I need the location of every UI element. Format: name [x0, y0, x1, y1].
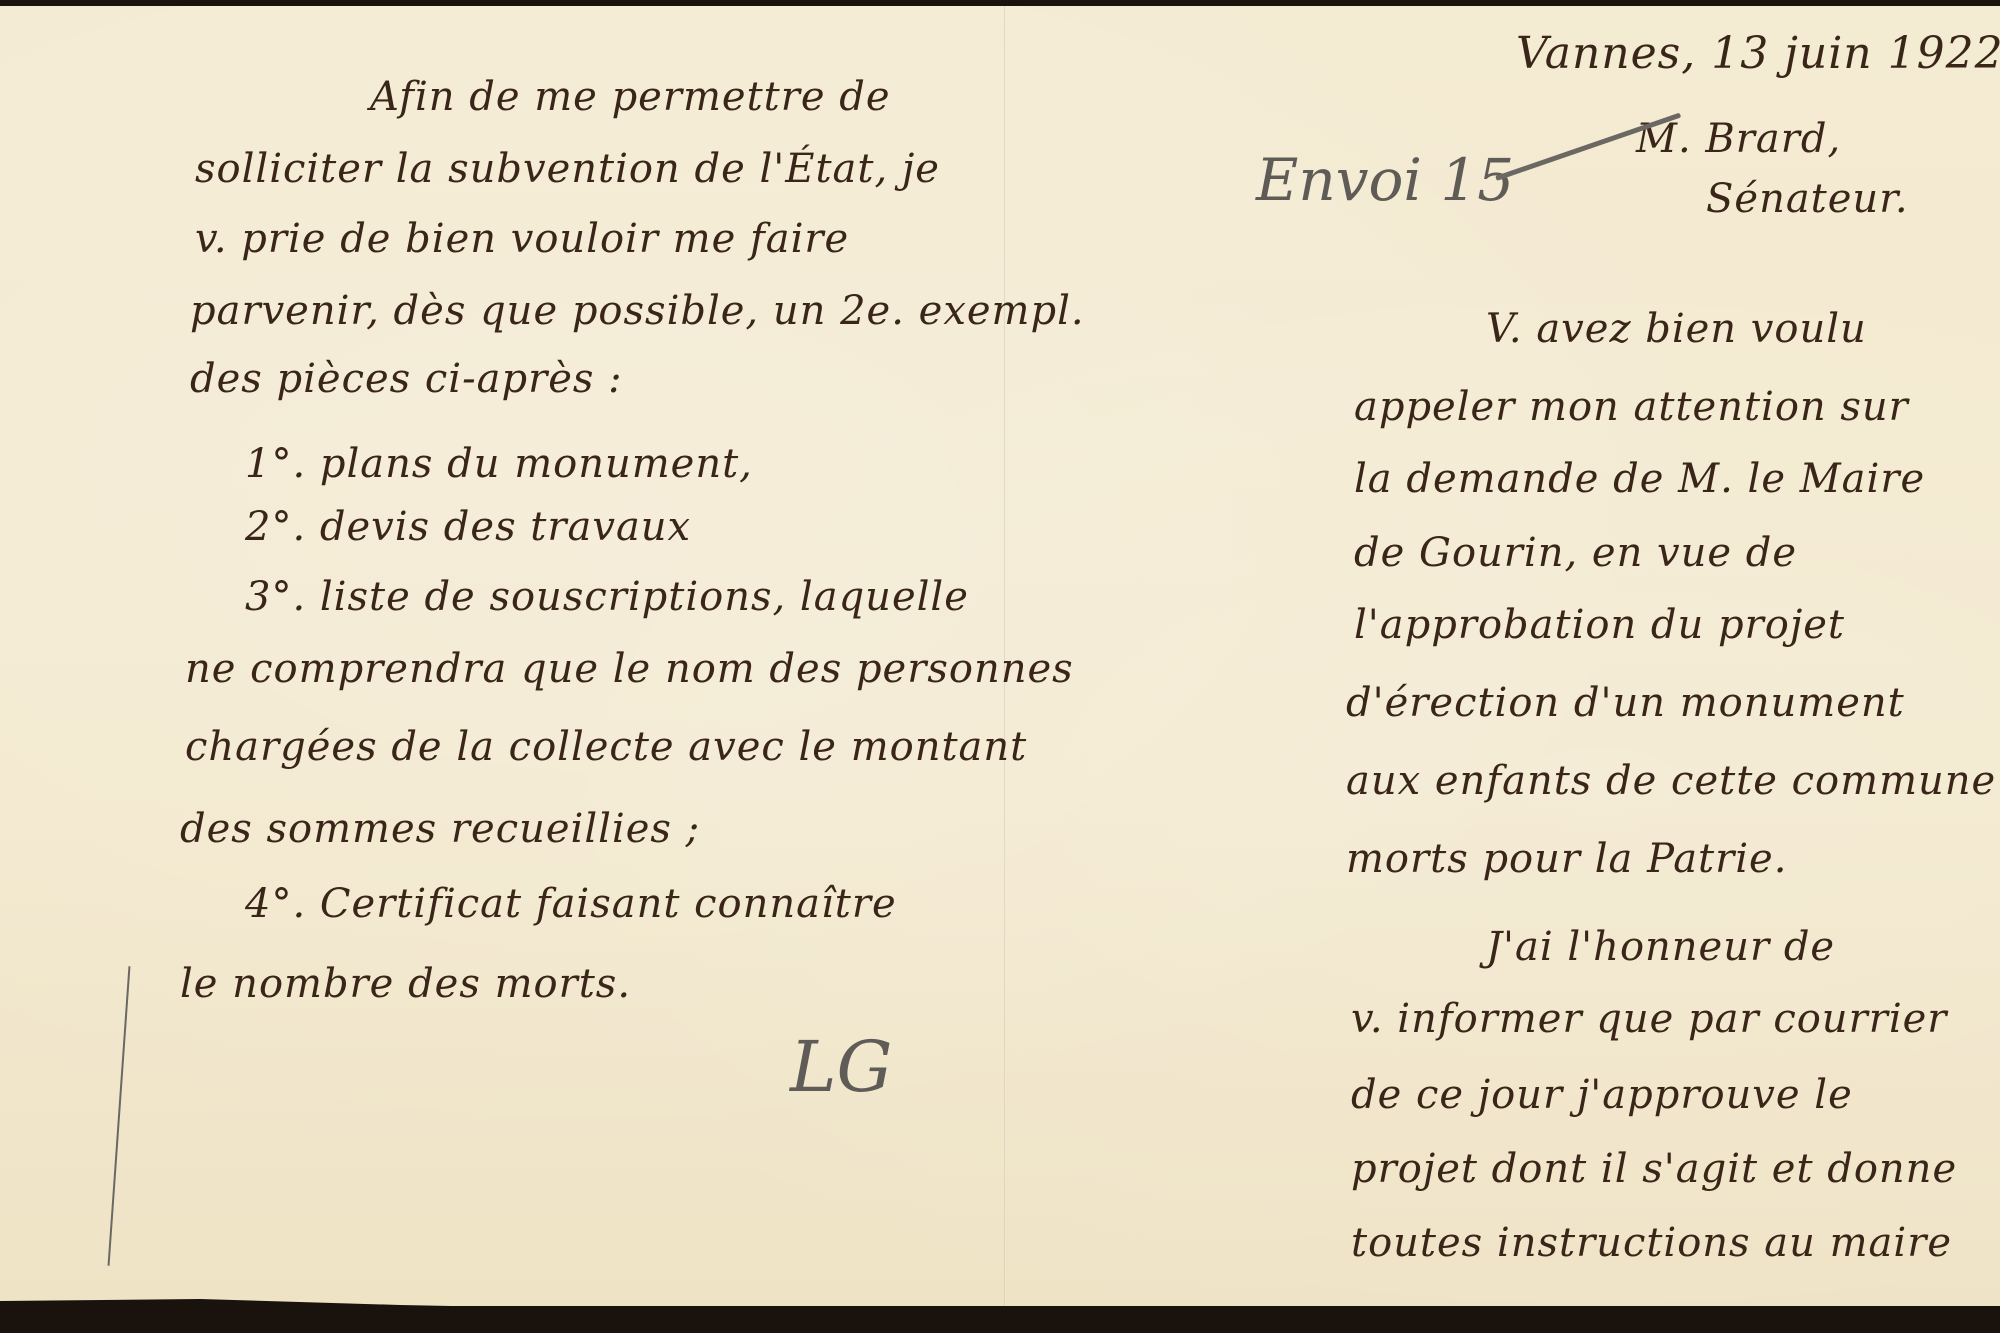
- left-line-9: ne comprendra que le nom des personnes: [185, 646, 1074, 692]
- margin-pencil-line: [108, 966, 131, 1265]
- pencil-annotation: Envoi 15: [1256, 146, 1514, 214]
- right-line-5: l'approbation du projet: [1354, 602, 1845, 648]
- right-line-13: toutes instructions au maire: [1351, 1220, 1952, 1266]
- right-line-1: V. avez bien voulu: [1486, 306, 1867, 352]
- left-line-7: 2°. devis des travaux: [245, 504, 691, 550]
- left-line-6: 1°. plans du monument,: [245, 441, 753, 487]
- left-line-4: parvenir, dès que possible, un 2e. exemp…: [190, 288, 1085, 334]
- right-line-2: appeler mon attention sur: [1354, 384, 1909, 430]
- left-line-13: le nombre des morts.: [180, 961, 631, 1007]
- right-page: Vannes, 13 juin 1922 M. Brard, Sénateur.…: [1006, 6, 2000, 1306]
- right-line-7: aux enfants de cette commune: [1346, 758, 1996, 804]
- dateline: Vannes, 13 juin 1922: [1516, 28, 2000, 79]
- right-line-11: de ce jour j'approuve le: [1351, 1072, 1853, 1118]
- right-line-8: morts pour la Patrie.: [1346, 836, 1787, 882]
- right-line-10: v. informer que par courrier: [1351, 996, 1947, 1042]
- left-line-8: 3°. liste de souscriptions, laquelle: [245, 574, 969, 620]
- right-line-4: de Gourin, en vue de: [1354, 530, 1797, 576]
- left-line-12: 4°. Certificat faisant connaître: [245, 881, 897, 927]
- right-line-6: d'érection d'un monument: [1346, 680, 1905, 726]
- left-line-3: v. prie de bien vouloir me faire: [195, 216, 849, 262]
- right-line-12: projet dont il s'agit et donne: [1351, 1146, 1957, 1192]
- left-page: Afin de me permettre de solliciter la su…: [0, 6, 1004, 1306]
- left-line-5: des pièces ci-après :: [190, 356, 623, 402]
- right-line-9: J'ai l'honneur de: [1486, 924, 1835, 970]
- left-line-10: chargées de la collecte avec le montant: [185, 724, 1027, 770]
- left-line-1: Afin de me permettre de: [370, 74, 891, 120]
- recipient-name: M. Brard,: [1636, 116, 1841, 162]
- left-line-11: des sommes recueillies ;: [180, 806, 700, 852]
- right-line-3: la demande de M. le Maire: [1354, 456, 1925, 502]
- pencil-initials: LG: [790, 1026, 892, 1108]
- recipient-title: Sénateur.: [1706, 176, 1909, 222]
- left-line-2: solliciter la subvention de l'État, je: [195, 146, 940, 192]
